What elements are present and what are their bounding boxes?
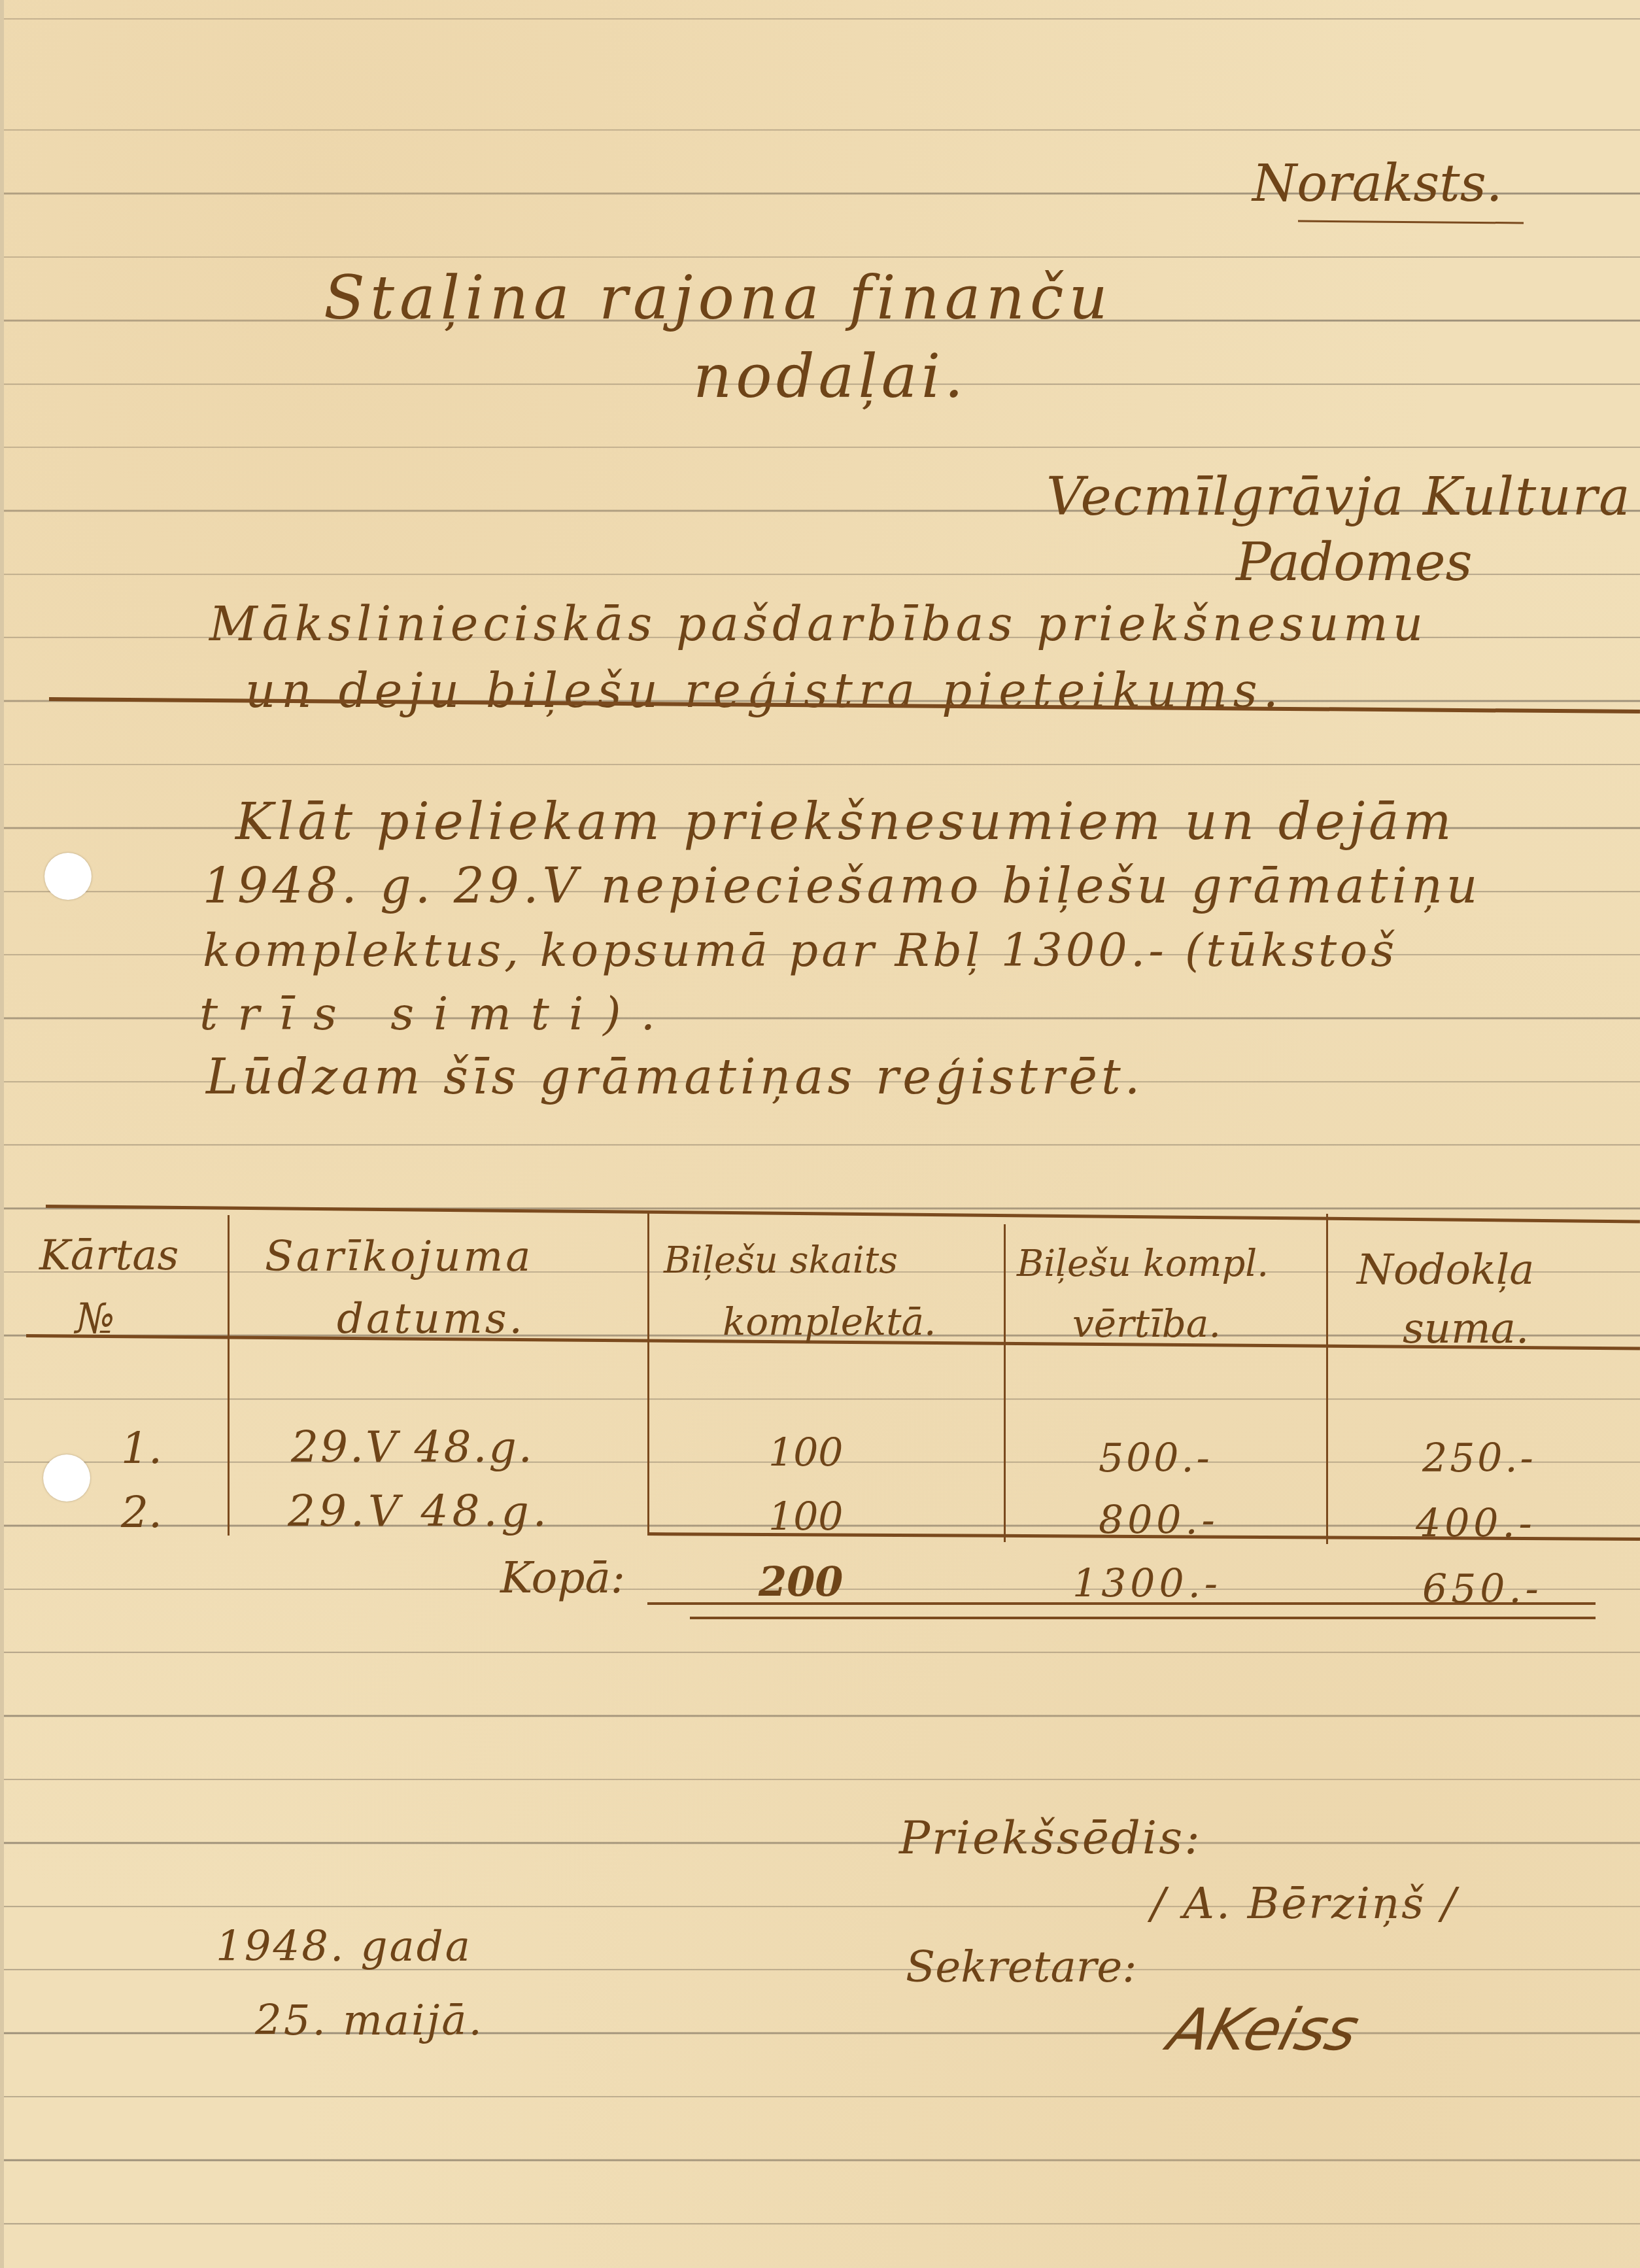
- punch-hole-bottom: [43, 1454, 90, 1502]
- header-order-number-1: Kārtas: [39, 1235, 179, 1277]
- addressee-line-2: nodaļai.: [693, 347, 967, 407]
- table-row-2-date: 29.V 48.g.: [288, 1490, 551, 1533]
- header-ticket-count-1: Biļešu skaits: [664, 1243, 898, 1279]
- subject-line-1: Mākslinieciskās pašdarbības priekšnesumu: [209, 600, 1427, 647]
- table-row-1-tax: 250.-: [1422, 1439, 1536, 1478]
- header-order-number-2: №: [75, 1298, 115, 1340]
- addressee-line-1: Staļina rajona finanču: [324, 268, 1113, 328]
- header-event-date-1: Sarīkojuma: [265, 1236, 533, 1278]
- header-tax-sum-2: suma.: [1403, 1308, 1529, 1350]
- secretary-signature: AKeiss: [1163, 2001, 1365, 2059]
- table-row-2-count: 100: [768, 1498, 844, 1537]
- table-row-1-date: 29.V 48.g.: [291, 1426, 534, 1469]
- totals-count: 200: [759, 1562, 843, 1602]
- header-tax-sum-1: Nodokļa: [1357, 1249, 1534, 1291]
- date-line-1: 1948. gada: [216, 1926, 472, 1968]
- body-line-5: Lūdzam šīs grāmatiņas reģistrēt.: [206, 1053, 1144, 1101]
- sender-line-1: Vecmīlgrāvja Kultura: [1046, 471, 1631, 523]
- copy-stamp-label: Noraksts.: [1252, 158, 1502, 209]
- table-column-divider-4: [1326, 1214, 1328, 1544]
- table-row-2-value: 800.-: [1099, 1501, 1219, 1540]
- header-set-value-2: vērtība.: [1072, 1305, 1221, 1343]
- table-column-divider-1: [228, 1215, 230, 1536]
- table-row-2-number: 2.: [121, 1491, 162, 1534]
- body-line-4: trīs simti).: [199, 991, 675, 1037]
- body-line-1: Klāt pieliekam priekšnesumiem un dejām: [235, 797, 1456, 848]
- table-column-divider-2: [647, 1211, 649, 1536]
- header-event-date-2: datums.: [337, 1298, 525, 1340]
- date-line-2: 25. maijā.: [255, 2000, 484, 2042]
- chair-label: Priekšsēdis:: [899, 1815, 1202, 1861]
- chair-name: / A. Bērziņš /: [1151, 1882, 1458, 1925]
- sender-line-2: Padomes: [1236, 536, 1473, 589]
- body-line-3: komplektus, kopsumā par Rbļ 1300.- (tūks…: [203, 927, 1397, 973]
- paper-edge: [0, 0, 4, 2268]
- body-line-2: 1948. g. 29.V nepieciešamo biļešu grāmat…: [203, 862, 1481, 910]
- header-ticket-count-2: komplektā.: [723, 1303, 936, 1341]
- totals-value: 1300.-: [1072, 1564, 1221, 1604]
- table-column-divider-3: [1004, 1224, 1006, 1542]
- totals-label: Kopā:: [500, 1556, 625, 1600]
- table-row-2-tax: 400.-: [1416, 1504, 1536, 1543]
- table-row-1-number: 1.: [121, 1427, 162, 1470]
- table-row-1-count: 100: [768, 1434, 844, 1473]
- header-set-value-1: Biļešu kompl.: [1017, 1246, 1269, 1282]
- totals-tax: 650.-: [1422, 1570, 1543, 1609]
- secretary-label: Sekretare:: [906, 1946, 1137, 1989]
- totals-double-underline: [690, 1617, 1596, 1619]
- table-row-1-value: 500.-: [1099, 1439, 1212, 1478]
- punch-hole-top: [44, 853, 92, 900]
